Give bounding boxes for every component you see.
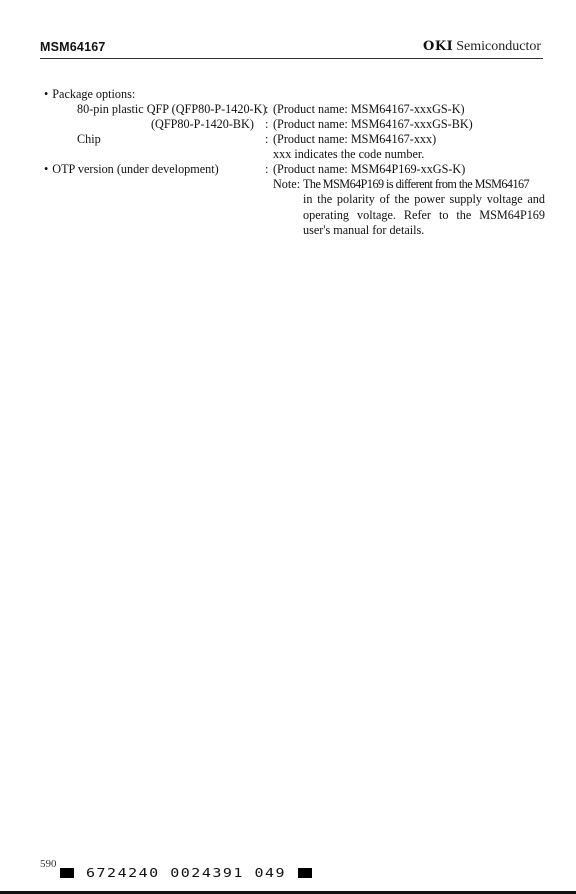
package-options-heading: Package options: [44,87,135,102]
package-option-label: (QFP80-P-1420-BK) [151,117,254,131]
page-number: 590 [40,858,57,870]
package-option-row: 80-pin plastic QFP (QFP80-P-1420-K) [77,102,266,117]
package-option-value: (Product name: MSM64167-xxxGS-K) [273,102,465,117]
separator: : [265,162,268,177]
barcode-block-right [298,868,312,878]
separator: : [265,117,268,132]
note-label: Note: [273,177,300,192]
barcode-block-left [60,868,74,878]
otp-value: (Product name: MSM64P169-xxGS-K) [273,162,465,177]
barcode-text: 6724240 0024391 049 [86,865,286,880]
note-text: in the polarity of the power supply volt… [303,192,545,238]
package-option-label: Chip [77,132,101,146]
package-option-value: (Product name: MSM64167-xxxGS-BK) [273,117,473,132]
package-options-title: Package options: [52,87,135,101]
part-number: MSM64167 [40,40,106,54]
brand-name: OKI [423,39,453,54]
company-logo: OKISemiconductor [423,39,541,55]
package-option-value: (Product name: MSM64167-xxx) [273,132,436,147]
chip-code-note: xxx indicates the code number. [273,147,424,162]
brand-suffix: Semiconductor [456,39,541,54]
otp-heading: OTP version (under development) [44,162,219,177]
separator: : [265,102,268,117]
header-rule [40,58,543,59]
note-first-line: The MSM64P169 is different from the MSM6… [303,177,545,192]
package-option-label: 80-pin plastic QFP (QFP80-P-1420-K) [77,102,266,116]
otp-label: OTP version (under development) [52,162,218,176]
package-option-row: Chip [77,132,101,147]
separator: : [265,132,268,147]
package-option-row: (QFP80-P-1420-BK) [151,117,254,132]
barcode: 6724240 0024391 049 [60,865,312,881]
